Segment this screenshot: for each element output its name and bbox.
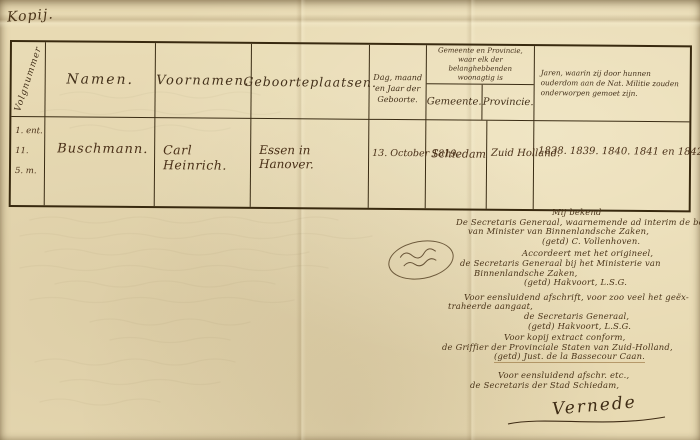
volgnummer-line: 11.	[15, 141, 44, 161]
jaren-value: 1838. 1839. 1840. 1841 en 1842.	[538, 146, 700, 158]
volgnummer-line: 5. m.	[15, 161, 44, 181]
attestation-line: de Griffier der Provinciale Staten van Z…	[442, 342, 673, 352]
header-gemeente-provincie-group: Gemeente en Provincie, waar elk der bela…	[426, 45, 535, 121]
row-voornamen-cell: Carl Heinrich.	[155, 118, 252, 207]
attestation-line: Binnenlandsche Zaken,	[474, 268, 578, 278]
attestation-block: Mij bekend De Secretaris Generaal, waarn…	[440, 208, 696, 390]
militia-register-table: Volgnummer Namen. Voornamen. Geboortepla…	[9, 40, 692, 212]
header-provincie: Provincie.	[483, 85, 534, 120]
row-gemeente-cell: Schiedam	[426, 120, 488, 208]
attestation-line: (getd) Hakvoort, L.S.G.	[524, 277, 627, 287]
header-gemeente: Gemeente.	[426, 84, 483, 119]
attestation-line: Voor eensluidend afschrift, voor zoo vee…	[464, 292, 689, 302]
row-geboorteplaats-cell: Essen in Hanover.	[251, 119, 370, 208]
row-naam-cell: Buschmann.	[45, 117, 156, 206]
attestation-line: Voor kopij extract conform,	[504, 332, 625, 342]
attestation-line-underlined: (getd) Just. de la Bassecour Caan.	[494, 351, 645, 363]
row-geboortedatum-cell: 13. October 1819.	[369, 120, 427, 208]
signature-flourish	[505, 412, 670, 428]
attestation-line: Voor eensluidend afschr. etc.,	[498, 370, 629, 380]
header-namen: Namen.	[45, 42, 156, 118]
kopij-annotation: Kopij.	[6, 6, 54, 25]
header-voornamen: Voornamen.	[155, 43, 252, 119]
attestation-line: van Minister van Binnenlandsche Zaken,	[468, 226, 649, 236]
attestation-line: de Secretaris der Stad Schiedam,	[470, 380, 619, 390]
header-gemeente-provincie-span: Gemeente en Provincie, waar elk der bela…	[427, 45, 534, 85]
attestation-line: de Secretaris Generaal,	[524, 311, 629, 321]
attestation-line: traheerde aangaat,	[448, 301, 533, 311]
attestation-line: de Secretaris Generaal bij het Ministeri…	[460, 258, 661, 268]
attestation-line: (getd) Hakvoort, L.S.G.	[528, 321, 631, 331]
row-volgnummer-cell: 1. ent. 11. 5. m.	[11, 117, 46, 205]
attestation-line: (getd) C. Vollenhoven.	[542, 236, 640, 246]
header-militie-jaren: Jaren, waarin zij door hunnen ouderdom a…	[534, 46, 690, 122]
row-gemeente-provincie-cell: Schiedam Zuid Holland.	[426, 120, 535, 209]
header-geboorteplaatsen: Geboorteplaatsen.	[251, 44, 370, 120]
attestation-line: Accordeert met het origineel,	[522, 248, 653, 258]
attestation-line: Mij bekend	[552, 207, 602, 217]
header-volgnummer: Volgnummer	[11, 42, 46, 117]
row-jaren-cell: 1838. 1839. 1840. 1841 en 1842.	[534, 121, 690, 210]
attestation-line: De Secretaris Generaal, waarnemende ad i…	[456, 217, 700, 227]
header-geboortedatum: Dag, maand en Jaar der Geboorte.	[369, 45, 427, 120]
volgnummer-rotated-label: Volgnummer	[13, 45, 44, 113]
volgnummer-line: 1. ent.	[15, 121, 44, 141]
